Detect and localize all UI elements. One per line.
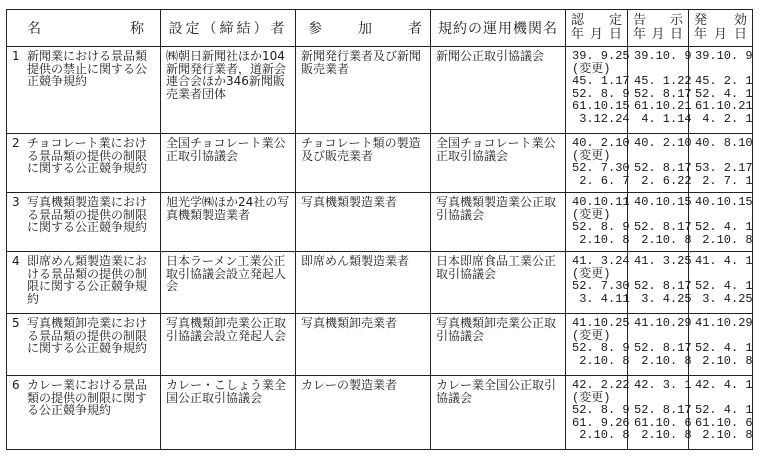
- table-row: 6カレー業における景品類の提供の制限に関する公正競争規約 カレー・こしょう業全国…: [7, 376, 753, 450]
- header-participants: 参 加 者: [296, 10, 431, 47]
- approval-date-cell: 39. 9.25 (変更) 45. 1.17 52. 8. 9 61.10.15…: [566, 47, 628, 134]
- header-effective-date: 発効 年月日: [689, 10, 753, 47]
- effective-date-cell: 42. 4. 1 52. 4. 1 61.10. 6 2.10. 8: [689, 376, 753, 450]
- participants-cell: 写真機類製造業者: [296, 193, 431, 252]
- table-row: 1新聞業における景品類提供の禁止に関する公正競争規約 ㈱朝日新聞社ほか104新聞…: [7, 47, 753, 134]
- table-row: 2チョコレート業における景品類の提供の制限に関する公正競争規約 全国チョコレート…: [7, 134, 753, 193]
- table-row: 3写真機類製造業における景品類の提供の制限に関する公正競争規約 旭光学㈱ほか24…: [7, 193, 753, 252]
- establisher-cell: 日本ラーメン工業公正取引協議会設立発起人会: [161, 252, 296, 314]
- participants-cell: カレーの製造業者: [296, 376, 431, 450]
- operator-cell: カレー業全国公正取引協議会: [431, 376, 566, 450]
- table-row: 4即席めん類製造業における景品類の提供の制限に関する公正競争規約 日本ラーメン工…: [7, 252, 753, 314]
- effective-date-cell: 39.10. 9 45. 2. 1 52. 4. 1 61.10.21 4. 2…: [689, 47, 753, 134]
- header-establisher: 設定（締結）者: [161, 10, 296, 47]
- notice-date-cell: 42. 3. 1 52. 8.17 61.10. 6 2.10. 8: [628, 376, 689, 450]
- effective-date-cell: 41. 4. 1 52. 4. 1 3. 4.25: [689, 252, 753, 314]
- establisher-cell: 旭光学㈱ほか24社の写真機類製造業者: [161, 193, 296, 252]
- fair-competition-codes-table: 名 称 設定（締結）者 参 加 者 規約の運用機関名 認定 年月: [6, 9, 753, 450]
- name-cell: 1新聞業における景品類提供の禁止に関する公正競争規約: [7, 47, 161, 134]
- header-approval-date: 認定 年月日: [566, 10, 628, 47]
- name-cell: 6カレー業における景品類の提供の制限に関する公正競争規約: [7, 376, 161, 450]
- name-cell: 2チョコレート業における景品類の提供の制限に関する公正競争規約: [7, 134, 161, 193]
- header-row: 名 称 設定（締結）者 参 加 者 規約の運用機関名 認定 年月: [7, 10, 753, 47]
- establisher-cell: ㈱朝日新聞社ほか104新聞発行業者，道新会連合会ほか346新聞販売業者団体: [161, 47, 296, 134]
- effective-date-cell: 41.10.29 52. 4. 1 2.10. 8: [689, 314, 753, 376]
- approval-date-cell: 42. 2.22 (変更) 52. 8. 9 61. 9.26 2.10. 8: [566, 376, 628, 450]
- participants-cell: 写真機類卸売業者: [296, 314, 431, 376]
- name-cell: 3写真機類製造業における景品類の提供の制限に関する公正競争規約: [7, 193, 161, 252]
- participants-cell: 即席めん類製造業者: [296, 252, 431, 314]
- operator-cell: 写真機類卸売業公正取引協議会: [431, 314, 566, 376]
- effective-date-cell: 40.10.15 52. 4. 1 2.10. 8: [689, 193, 753, 252]
- approval-date-cell: 40.10.11 (変更) 52. 8. 9 2.10. 8: [566, 193, 628, 252]
- effective-date-cell: 40. 8.10 53. 2.17 2. 7. 1: [689, 134, 753, 193]
- participants-cell: 新聞発行業者及び新聞販売業者: [296, 47, 431, 134]
- notice-date-cell: 41.10.29 52. 8.17 2.10. 8: [628, 314, 689, 376]
- name-cell: 4即席めん類製造業における景品類の提供の制限に関する公正競争規約: [7, 252, 161, 314]
- notice-date-cell: 40.10.15 52. 8.17 2.10. 8: [628, 193, 689, 252]
- table-row: 5写真機類卸売業における景品類の提供の制限に関する公正競争規約 写真機類卸売業公…: [7, 314, 753, 376]
- operator-cell: 新聞公正取引協議会: [431, 47, 566, 134]
- approval-date-cell: 40. 2.10 (変更) 52. 7.30 2. 6. 7: [566, 134, 628, 193]
- operator-cell: 写真機類製造業公正取引協議会: [431, 193, 566, 252]
- name-cell: 5写真機類卸売業における景品類の提供の制限に関する公正競争規約: [7, 314, 161, 376]
- establisher-cell: 全国チョコレート業公正取引協議会: [161, 134, 296, 193]
- establisher-cell: カレー・こしょう業全国公正取引協議会: [161, 376, 296, 450]
- notice-date-cell: 39.10. 9 45. 1.22 52. 8.17 61.10.21 4. 1…: [628, 47, 689, 134]
- notice-date-cell: 41. 3.25 52. 8.17 3. 4.25: [628, 252, 689, 314]
- approval-date-cell: 41. 3.24 (変更) 52. 7.30 3. 4.11: [566, 252, 628, 314]
- header-operator: 規約の運用機関名: [431, 10, 566, 47]
- notice-date-cell: 40. 2.10 52. 8.17 2. 6.22: [628, 134, 689, 193]
- operator-cell: 全国チョコレート業公正取引協議会: [431, 134, 566, 193]
- establisher-cell: 写真機類卸売業公正取引協議会設立発起人会: [161, 314, 296, 376]
- header-name: 名 称: [7, 10, 161, 47]
- approval-date-cell: 41.10.25 (変更) 52. 8. 9 2.10. 8: [566, 314, 628, 376]
- header-notice-date: 告示 年月日: [628, 10, 689, 47]
- operator-cell: 日本即席食品工業公正取引協議会: [431, 252, 566, 314]
- participants-cell: チョコレート類の製造及び販売業者: [296, 134, 431, 193]
